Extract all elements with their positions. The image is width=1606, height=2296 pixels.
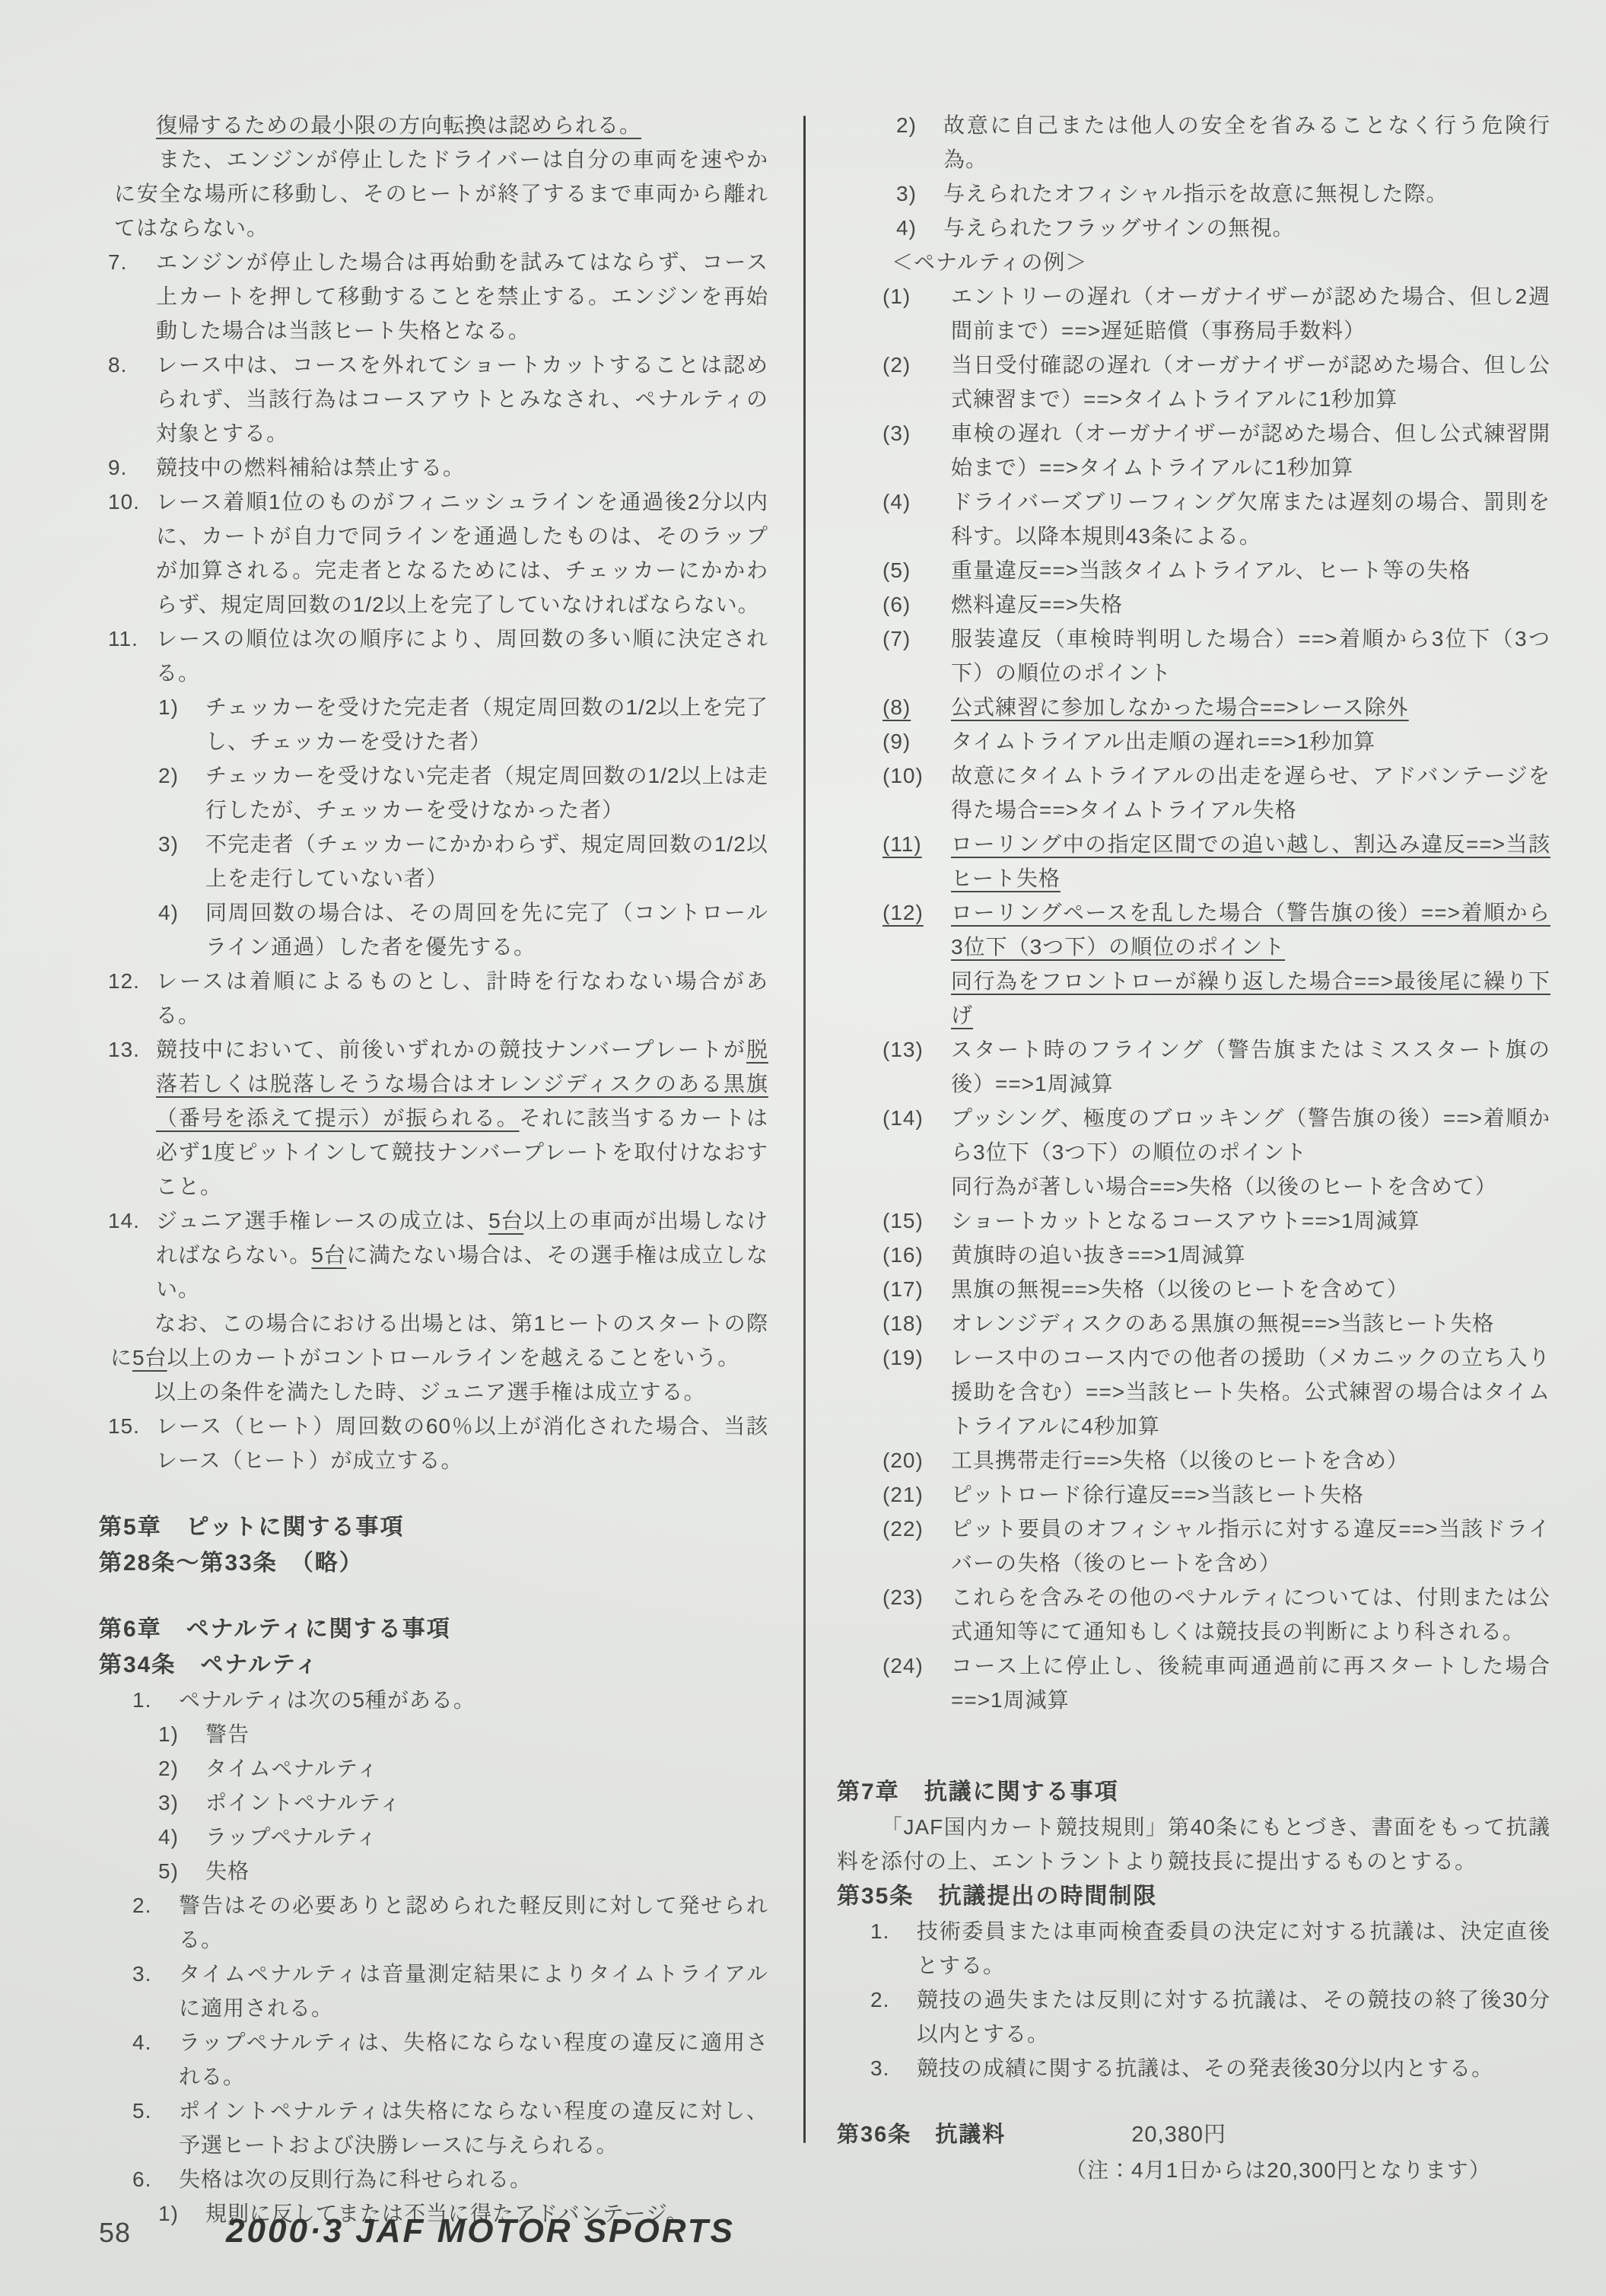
text-run: 同行為が著しい場合==>失格（以後のヒートを含めて） bbox=[951, 1175, 1497, 1198]
spacer bbox=[837, 1717, 1550, 1774]
item-marker: (18) bbox=[883, 1306, 924, 1340]
item-marker: (3) bbox=[883, 416, 911, 450]
text-run: オレンジディスクのある黒旗の無視==>当該ヒート失格 bbox=[951, 1312, 1494, 1335]
item-marker: 3) bbox=[896, 176, 917, 211]
item-marker: 15. bbox=[108, 1409, 140, 1443]
item-marker: 3) bbox=[158, 827, 179, 861]
list-item: 14.ジュニア選手権レースの成立は、5台以上の車両が出場しなければならない。5台… bbox=[99, 1204, 768, 1306]
protest-fee-line: 第36条 抗議料20,380円 bbox=[837, 2117, 1550, 2153]
text-run: ＜ペナルティの例＞ bbox=[892, 250, 1087, 274]
item-marker: (22) bbox=[883, 1512, 924, 1546]
list-item: (5)重量違反==>当該タイムトライアル、ヒート等の失格 bbox=[837, 553, 1550, 587]
list-item: 11.レースの順位は次の順序により、周回数の多い順に決定される。 bbox=[99, 622, 768, 690]
paragraph: 以上の条件を満たした時、ジュニア選手権は成立する。 bbox=[110, 1375, 768, 1409]
page-number: 58 bbox=[99, 2217, 131, 2249]
item-marker: (8) bbox=[883, 690, 911, 724]
list-item: (19)レース中のコース内での他者の援助（メカニックの立ち入り援助を含む）==>… bbox=[837, 1340, 1550, 1443]
list-item: 15.レース（ヒート）周回数の60％以上が消化された場合、当該レース（ヒート）が… bbox=[99, 1409, 768, 1477]
paragraph: （注：4月1日からは20,300円となります） bbox=[837, 2153, 1550, 2187]
item-marker: (20) bbox=[883, 1443, 924, 1477]
text-run: レース（ヒート）周回数の60％以上が消化された場合、当該レース（ヒート）が成立す… bbox=[156, 1414, 768, 1472]
text-run: 同行為をフロントローが繰り返した場合==>最後尾に繰り下げ bbox=[951, 969, 1550, 1027]
left-column: 復帰するための最小限の方向転換は認められる。また、エンジンが停止したドライバーは… bbox=[99, 108, 768, 2231]
item-marker: (5) bbox=[883, 553, 911, 587]
text-run: 技術委員または車両検査委員の決定に対する抗議は、決定直後とする。 bbox=[917, 1919, 1550, 1977]
item-marker: 12. bbox=[108, 964, 140, 998]
text-run: ローリングペースを乱した場合（警告旗の後）==>着順から3位下（3つ下）の順位の… bbox=[951, 901, 1550, 959]
item-marker: 4) bbox=[158, 1820, 179, 1854]
text-run: 競技中において、前後いずれかの競技ナンバープレートが bbox=[156, 1038, 746, 1061]
list-item: (13)スタート時のフライング（警告旗またはミススタート旗の後）==>1周減算 bbox=[837, 1032, 1550, 1101]
fee-label: 第36条 抗議料 bbox=[837, 2123, 1006, 2147]
item-marker: 2) bbox=[158, 1751, 179, 1786]
text-run: タイムトライアル出走順の遅れ==>1秒加算 bbox=[951, 730, 1375, 753]
text-run: 失格は次の反則行為に科せられる。 bbox=[179, 2167, 532, 2191]
list-item: (3)車検の遅れ（オーガナイザーが認めた場合、但し公式練習開始まで）==>タイム… bbox=[837, 416, 1550, 485]
paragraph: 同行為が著しい場合==>失格（以後のヒートを含めて） bbox=[837, 1169, 1550, 1204]
item-marker: 14. bbox=[108, 1204, 140, 1238]
list-item: (4)ドライバーズブリーフィング欠席または遅刻の場合、罰則を科す。以降本規則43… bbox=[837, 485, 1550, 553]
list-item: 1)警告 bbox=[99, 1717, 768, 1751]
text-run: 失格 bbox=[205, 1859, 250, 1883]
item-marker: (4) bbox=[883, 485, 911, 519]
list-item: (22)ピット要員のオフィシャル指示に対する違反==>当該ドライバーの失格（後の… bbox=[837, 1512, 1550, 1580]
list-item: 1.技術委員または車両検査委員の決定に対する抗議は、決定直後とする。 bbox=[837, 1914, 1550, 1983]
item-marker: (23) bbox=[883, 1580, 924, 1614]
paragraph: なお、この場合における出場とは、第1ヒートのスタートの際に5台以上のカートがコン… bbox=[110, 1306, 768, 1375]
list-item: (14)プッシング、極度のブロッキング（警告旗の後）==>着順から3位下（3つ下… bbox=[837, 1101, 1550, 1169]
list-item: 8.レース中は、コースを外れてショートカットすることは認められず、当該行為はコー… bbox=[99, 348, 768, 450]
magazine-title: 2000·3 JAF MOTOR SPORTS bbox=[226, 2212, 735, 2250]
list-item: 10.レース着順1位のものがフィニッシュラインを通過後2分以内に、カートが自力で… bbox=[99, 485, 768, 622]
list-item: (16)黄旗時の追い抜き==>1周減算 bbox=[837, 1238, 1550, 1272]
text-run: チェッカーを受けた完走者（規定周回数の1/2以上を完了し、チェッカーを受けた者） bbox=[205, 695, 768, 753]
list-item: 4)ラップペナルティ bbox=[99, 1820, 768, 1854]
list-item: (12)ローリングペースを乱した場合（警告旗の後）==>着順から3位下（3つ下）… bbox=[837, 895, 1550, 964]
text-run: また、エンジンが停止したドライバーは自分の車両を速やかに安全な場所に移動し、その… bbox=[114, 148, 768, 240]
list-item: 1.ペナルティは次の5種がある。 bbox=[99, 1683, 768, 1717]
item-marker: 6. bbox=[132, 2162, 151, 2196]
list-item: 9.競技中の燃料補給は禁止する。 bbox=[99, 450, 768, 485]
text-run: 工具携帯走行==>失格（以後のヒートを含め） bbox=[951, 1449, 1409, 1472]
text-run: ラップペナルティ bbox=[205, 1825, 378, 1849]
page-footer: 58 2000·3 JAF MOTOR SPORTS bbox=[99, 2212, 1240, 2250]
item-marker: 2) bbox=[896, 108, 917, 142]
spacer bbox=[837, 2085, 1550, 2117]
text-run: 公式練習に参加しなかった場合==>レース除外 bbox=[951, 695, 1409, 719]
item-marker: (24) bbox=[883, 1649, 924, 1683]
list-item: 4)同周回数の場合は、その周回を先に完了（コントロールライン通過）した者を優先す… bbox=[99, 895, 768, 964]
item-marker: 7. bbox=[108, 245, 127, 279]
paragraph: また、エンジンが停止したドライバーは自分の車両を速やかに安全な場所に移動し、その… bbox=[114, 142, 768, 245]
list-item: (7)服装違反（車検時判明した場合）==>着順から3位下（3つ下）の順位のポイン… bbox=[837, 622, 1550, 690]
item-marker: 1. bbox=[870, 1914, 889, 1948]
text-run: 当日受付確認の遅れ（オーガナイザーが認めた場合、但し公式練習まで）==>タイムト… bbox=[951, 353, 1550, 411]
text-run: レース着順1位のものがフィニッシュラインを通過後2分以内に、カートが自力で同ライ… bbox=[156, 490, 768, 616]
item-marker: 1) bbox=[158, 690, 179, 724]
list-item: (20)工具携帯走行==>失格（以後のヒートを含め） bbox=[837, 1443, 1550, 1477]
text-run: 第7章 抗議に関する事項 bbox=[837, 1779, 1119, 1805]
list-item: 4.ラップペナルティは、失格にならない程度の違反に適用される。 bbox=[99, 2025, 768, 2094]
text-run: チェッカーを受けない完走者（規定周回数の1/2以上は走行したが、チェッカーを受け… bbox=[205, 764, 768, 822]
text-run: 「JAF国内カート競技規則」第40条にもとづき、書面をもって抗議料を添付の上、エ… bbox=[837, 1815, 1550, 1873]
list-item: (6)燃料違反==>失格 bbox=[837, 587, 1550, 622]
section-heading: 第6章 ペナルティに関する事項 bbox=[99, 1611, 768, 1647]
text-run: ショートカットとなるコースアウト==>1周減算 bbox=[951, 1209, 1420, 1232]
spacer bbox=[99, 1477, 768, 1509]
list-item: (21)ピットロード徐行違反==>当該ヒート失格 bbox=[837, 1477, 1550, 1512]
text-run: ピット要員のオフィシャル指示に対する違反==>当該ドライバーの失格（後のヒートを… bbox=[951, 1517, 1550, 1575]
list-item: 3)ポイントペナルティ bbox=[99, 1786, 768, 1820]
item-marker: 2. bbox=[132, 1888, 151, 1922]
section-heading: 第5章 ピットに関する事項 bbox=[99, 1509, 768, 1545]
list-item: 3)与えられたオフィシャル指示を故意に無視した際。 bbox=[837, 176, 1550, 211]
text-run: タイムペナルティ bbox=[205, 1757, 379, 1780]
item-marker: 9. bbox=[108, 450, 127, 485]
paragraph: 復帰するための最小限の方向転換は認められる。 bbox=[99, 108, 768, 142]
item-marker: 4) bbox=[896, 211, 917, 245]
list-item: 3)不完走者（チェッカーにかかわらず、規定周回数の1/2以上を走行していない者） bbox=[99, 827, 768, 895]
item-marker: 5. bbox=[132, 2094, 151, 2128]
text-run: 第5章 ピットに関する事項 bbox=[99, 1515, 404, 1540]
text-run: 競技中の燃料補給は禁止する。 bbox=[156, 456, 465, 479]
text-run: ドライバーズブリーフィング欠席または遅刻の場合、罰則を科す。以降本規則43条によ… bbox=[951, 490, 1550, 548]
item-marker: 1) bbox=[158, 1717, 179, 1751]
text-run: 燃料違反==>失格 bbox=[951, 593, 1123, 616]
item-marker: (6) bbox=[883, 587, 911, 622]
text-run: ペナルティは次の5種がある。 bbox=[179, 1688, 475, 1712]
section-heading: 第28条～第33条 （略） bbox=[99, 1545, 768, 1581]
item-marker: 8. bbox=[108, 348, 127, 382]
paragraph: 同行為をフロントローが繰り返した場合==>最後尾に繰り下げ bbox=[837, 964, 1550, 1032]
text-run: 第6章 ペナルティに関する事項 bbox=[99, 1617, 451, 1642]
item-marker: 4) bbox=[158, 895, 179, 930]
paragraph: 「JAF国内カート競技規則」第40条にもとづき、書面をもって抗議料を添付の上、エ… bbox=[837, 1810, 1550, 1878]
scanned-magazine-page: 復帰するための最小限の方向転換は認められる。また、エンジンが停止したドライバーは… bbox=[0, 0, 1606, 2296]
text-run: 不完走者（チェッカーにかかわらず、規定周回数の1/2以上を走行していない者） bbox=[205, 832, 768, 890]
text-run: ジュニア選手権レースの成立は、 bbox=[156, 1209, 488, 1232]
right-column: 2)故意に自己または他人の安全を省みることなく行う危険行為。3)与えられたオフィ… bbox=[837, 108, 1550, 2187]
list-item: 3.タイムペナルティは音量測定結果によりタイムトライアルに適用される。 bbox=[99, 1957, 768, 2025]
paragraph: ＜ペナルティの例＞ bbox=[837, 245, 1550, 279]
list-item: 2.競技の過失または反則に対する抗議は、その競技の終了後30分以内とする。 bbox=[837, 1983, 1550, 2051]
text-run: 黄旗時の追い抜き==>1周減算 bbox=[951, 1243, 1246, 1267]
item-marker: (9) bbox=[883, 724, 911, 758]
list-item: (9)タイムトライアル出走順の遅れ==>1秒加算 bbox=[837, 724, 1550, 758]
item-marker: (1) bbox=[883, 279, 911, 313]
list-item: 2.警告はその必要ありと認められた軽反則に対して発せられる。 bbox=[99, 1888, 768, 1957]
item-marker: (19) bbox=[883, 1340, 924, 1375]
item-marker: (7) bbox=[883, 622, 911, 656]
item-marker: 3. bbox=[870, 2051, 889, 2085]
list-item: 13.競技中において、前後いずれかの競技ナンバープレートが脱落若しくは脱落しそう… bbox=[99, 1032, 768, 1204]
text-run: 警告 bbox=[205, 1722, 250, 1746]
text-run: 競技の成績に関する抗議は、その発表後30分以内とする。 bbox=[917, 2056, 1493, 2080]
text-run: エンジンが停止した場合は再始動を試みてはならず、コース上カートを押して移動するこ… bbox=[156, 250, 768, 342]
list-item: (11)ローリング中の指定区間での追い越し、割込み違反==>当該ヒート失格 bbox=[837, 827, 1550, 895]
item-marker: (12) bbox=[883, 895, 924, 930]
list-item: (17)黒旗の無視==>失格（以後のヒートを含めて） bbox=[837, 1272, 1550, 1306]
list-item: 2)タイムペナルティ bbox=[99, 1751, 768, 1786]
fee-amount: 20,380円 bbox=[1131, 2123, 1226, 2147]
spacer bbox=[99, 1581, 768, 1611]
list-item: 3.競技の成績に関する抗議は、その発表後30分以内とする。 bbox=[837, 2051, 1550, 2085]
item-marker: 10. bbox=[108, 485, 140, 519]
text-run: コース上に停止し、後続車両通過前に再スタートした場合==>1周減算 bbox=[951, 1654, 1550, 1712]
text-run: 服装違反（車検時判明した場合）==>着順から3位下（3つ下）の順位のポイント bbox=[951, 627, 1550, 685]
text-run: 黒旗の無視==>失格（以後のヒートを含めて） bbox=[951, 1277, 1409, 1301]
list-item: (15)ショートカットとなるコースアウト==>1周減算 bbox=[837, 1204, 1550, 1238]
text-run: 第28条～第33条 （略） bbox=[99, 1550, 364, 1576]
text-run: 復帰するための最小限の方向転換は認められる。 bbox=[156, 113, 641, 137]
list-item: 4)与えられたフラッグサインの無視。 bbox=[837, 211, 1550, 245]
item-marker: (10) bbox=[883, 758, 924, 793]
column-divider bbox=[803, 116, 806, 2143]
text-run: 競技の過失または反則に対する抗議は、その競技の終了後30分以内とする。 bbox=[917, 1988, 1550, 2046]
list-item: 6.失格は次の反則行為に科せられる。 bbox=[99, 2162, 768, 2196]
item-marker: 3) bbox=[158, 1786, 179, 1820]
text-run: （注：4月1日からは20,300円となります） bbox=[1065, 2158, 1491, 2182]
text-run: レースの順位は次の順序により、周回数の多い順に決定される。 bbox=[156, 627, 768, 685]
item-marker: (13) bbox=[883, 1032, 924, 1067]
list-item: 5.ポイントペナルティは失格にならない程度の違反に対し、予選ヒートおよび決勝レー… bbox=[99, 2094, 768, 2162]
item-marker: 3. bbox=[132, 1957, 151, 1991]
text-run: レース中は、コースを外れてショートカットすることは認められず、当該行為はコースア… bbox=[156, 353, 768, 445]
text-run: これらを含みその他のペナルティについては、付則または公式通知等にて通知もしくは競… bbox=[951, 1585, 1550, 1643]
list-item: (23)これらを含みその他のペナルティについては、付則または公式通知等にて通知も… bbox=[837, 1580, 1550, 1649]
text-run: 同周回数の場合は、その周回を先に完了（コントロールライン通過）した者を優先する。 bbox=[205, 901, 768, 959]
section-heading: 第35条 抗議提出の時間制限 bbox=[837, 1878, 1550, 1914]
list-item: (10)故意にタイムトライアルの出走を遅らせ、アドバンテージを得た場合==>タイ… bbox=[837, 758, 1550, 827]
list-item: (1)エントリーの遅れ（オーガナイザーが認めた場合、但し2週間前まで）==>遅延… bbox=[837, 279, 1550, 348]
text-run: 以上のカートがコントロールラインを越えることをいう。 bbox=[167, 1346, 740, 1369]
text-run: 警告はその必要ありと認められた軽反則に対して発せられる。 bbox=[179, 1894, 768, 1951]
text-run: ラップペナルティは、失格にならない程度の違反に適用される。 bbox=[179, 2030, 768, 2088]
list-item: 7.エンジンが停止した場合は再始動を試みてはならず、コース上カートを押して移動す… bbox=[99, 245, 768, 348]
text-run: 5台 bbox=[311, 1243, 346, 1267]
item-marker: 2. bbox=[870, 1983, 889, 2017]
text-run: ポイントペナルティは失格にならない程度の違反に対し、予選ヒートおよび決勝レースに… bbox=[179, 2099, 768, 2157]
text-run: 第35条 抗議提出の時間制限 bbox=[837, 1884, 1157, 1909]
text-run: 5台 bbox=[132, 1346, 167, 1369]
list-item: 2)チェッカーを受けない完走者（規定周回数の1/2以上は走行したが、チェッカーを… bbox=[99, 758, 768, 827]
item-marker: 1. bbox=[132, 1683, 151, 1717]
list-item: 2)故意に自己または他人の安全を省みることなく行う危険行為。 bbox=[837, 108, 1550, 176]
text-run: 与えられたフラッグサインの無視。 bbox=[943, 216, 1294, 240]
item-marker: 5) bbox=[158, 1854, 179, 1888]
text-run: ポイントペナルティ bbox=[205, 1791, 401, 1814]
item-marker: (15) bbox=[883, 1204, 924, 1238]
item-marker: (17) bbox=[883, 1272, 924, 1306]
text-run: プッシング、極度のブロッキング（警告旗の後）==>着順から3位下（3つ下）の順位… bbox=[951, 1106, 1550, 1164]
text-run: レース中のコース内での他者の援助（メカニックの立ち入り援助を含む）==>当該ヒー… bbox=[951, 1346, 1550, 1438]
text-run: 重量違反==>当該タイムトライアル、ヒート等の失格 bbox=[951, 558, 1471, 582]
list-item: 5)失格 bbox=[99, 1854, 768, 1888]
list-item: (2)当日受付確認の遅れ（オーガナイザーが認めた場合、但し公式練習まで）==>タ… bbox=[837, 348, 1550, 416]
item-marker: 4. bbox=[132, 2025, 151, 2059]
text-run: 与えられたオフィシャル指示を故意に無視した際。 bbox=[943, 182, 1448, 205]
list-item: (8)公式練習に参加しなかった場合==>レース除外 bbox=[837, 690, 1550, 724]
section-heading: 第34条 ペナルティ bbox=[99, 1647, 768, 1683]
text-run: スタート時のフライング（警告旗またはミススタート旗の後）==>1周減算 bbox=[951, 1038, 1550, 1096]
list-item: 1)チェッカーを受けた完走者（規定周回数の1/2以上を完了し、チェッカーを受けた… bbox=[99, 690, 768, 758]
item-marker: (2) bbox=[883, 348, 911, 382]
item-marker: (21) bbox=[883, 1477, 924, 1512]
text-run: 車検の遅れ（オーガナイザーが認めた場合、但し公式練習開始まで）==>タイムトライ… bbox=[951, 421, 1550, 479]
list-item: (18)オレンジディスクのある黒旗の無視==>当該ヒート失格 bbox=[837, 1306, 1550, 1340]
item-marker: (14) bbox=[883, 1101, 924, 1135]
text-run: 故意に自己または他人の安全を省みることなく行う危険行為。 bbox=[943, 113, 1550, 171]
text-run: タイムペナルティは音量測定結果によりタイムトライアルに適用される。 bbox=[179, 1962, 768, 2020]
item-marker: 11. bbox=[108, 622, 138, 656]
text-run: ピットロード徐行違反==>当該ヒート失格 bbox=[951, 1483, 1364, 1506]
text-run: ローリング中の指定区間での追い越し、割込み違反==>当該ヒート失格 bbox=[951, 832, 1550, 890]
text-run: 第34条 ペナルティ bbox=[99, 1652, 319, 1677]
text-run: 故意にタイムトライアルの出走を遅らせ、アドバンテージを得た場合==>タイムトライ… bbox=[951, 764, 1550, 822]
text-run: レースは着順によるものとし、計時を行なわない場合がある。 bbox=[156, 969, 768, 1027]
item-marker: 2) bbox=[158, 758, 179, 793]
text-run: エントリーの遅れ（オーガナイザーが認めた場合、但し2週間前まで）==>遅延賠償（… bbox=[951, 285, 1550, 342]
section-heading: 第7章 抗議に関する事項 bbox=[837, 1774, 1550, 1810]
item-marker: (16) bbox=[883, 1238, 924, 1272]
item-marker: (11) bbox=[883, 827, 922, 861]
text-run: 以上の条件を満たした時、ジュニア選手権は成立する。 bbox=[154, 1380, 705, 1404]
item-marker: 13. bbox=[108, 1032, 140, 1067]
list-item: (24)コース上に停止し、後続車両通過前に再スタートした場合==>1周減算 bbox=[837, 1649, 1550, 1717]
list-item: 12.レースは着順によるものとし、計時を行なわない場合がある。 bbox=[99, 964, 768, 1032]
text-run: 5台 bbox=[488, 1209, 523, 1232]
